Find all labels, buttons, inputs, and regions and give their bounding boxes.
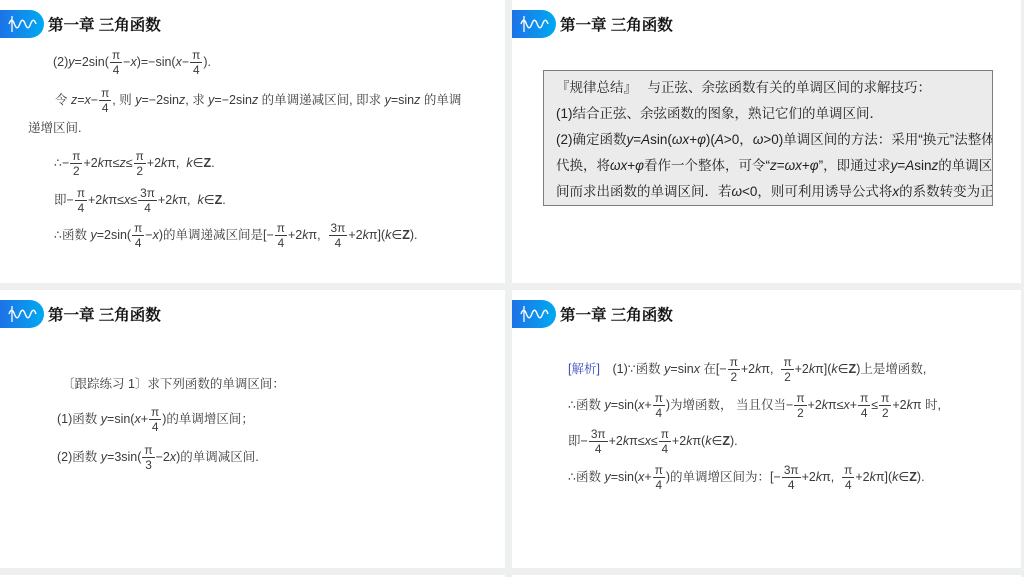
slide-page-3[interactable]: 第一章 三角函数 〔跟踪练习 1〕求下列函数的单调区间： (1)函数 y=sin… bbox=[0, 290, 505, 568]
math-line: 递增区间. bbox=[28, 110, 81, 146]
slide-header: 第一章 三角函数 bbox=[512, 300, 673, 328]
math-text: (1)∵函数 y=sinx 在[−π2+2kπ, π2+2kπ](k∈Z)上是增… bbox=[600, 362, 926, 376]
math-line: ∴函数 y=2sin(π4−x)的单调递减区间是[−π4+2kπ, 3π4+2k… bbox=[54, 217, 418, 253]
chapter-title: 第一章 三角函数 bbox=[560, 13, 673, 35]
rule-line: (1)结合正弦、余弦函数的图象，熟记它们的单调区间． bbox=[556, 101, 980, 127]
rule-line: 间而求出函数的单调区间．若ω<0，则可利用诱导公式将x的系数转变为正数． bbox=[556, 179, 980, 205]
math-line: ∴−π2+2kπ≤z≤π2+2kπ, k∈Z. bbox=[54, 145, 215, 181]
slide-header: 第一章 三角函数 bbox=[0, 10, 161, 38]
slide-header: 第一章 三角函数 bbox=[0, 300, 161, 328]
rule-line: (2)确定函数y=Asin(ωx+φ)(A>0，ω>0)单调区间的方法：采用“换… bbox=[556, 127, 980, 153]
sine-wave-icon bbox=[0, 300, 44, 328]
math-line: 〔跟踪练习 1〕求下列函数的单调区间： bbox=[62, 366, 285, 402]
chapter-title: 第一章 三角函数 bbox=[48, 13, 161, 35]
slide-grid: 第一章 三角函数 (2)y=2sin(π4−x)=−sin(x−π4). 令 z… bbox=[0, 0, 1024, 577]
math-line: (2)y=2sin(π4−x)=−sin(x−π4). bbox=[53, 44, 211, 80]
math-line: 即−3π4+2kπ≤x≤π4+2kπ(k∈Z). bbox=[568, 423, 738, 459]
rule-summary-box: 『规律总结』 与正弦、余弦函数有关的单调区间的求解技巧： (1)结合正弦、余弦函… bbox=[543, 70, 993, 206]
rule-line: 『规律总结』 与正弦、余弦函数有关的单调区间的求解技巧： bbox=[556, 75, 980, 101]
math-line: ∴函数 y=sin(x+π4)为增函数， 当且仅当−π2+2kπ≤x+π4≤π2… bbox=[568, 387, 941, 423]
math-line: ∴函数 y=sin(x+π4)的单调增区间为：[−3π4+2kπ, π4+2kπ… bbox=[568, 459, 925, 495]
slide-page-4[interactable]: 第一章 三角函数 [解析] (1)∵函数 y=sinx 在[−π2+2kπ, π… bbox=[512, 290, 1021, 568]
sine-wave-icon bbox=[0, 10, 44, 38]
rule-line: 代换，将ωx+φ看作一个整体，可令“z=ωx+φ”，即通过求y=Asinz的单调… bbox=[556, 153, 980, 179]
sine-wave-icon bbox=[512, 10, 556, 38]
sine-wave-icon bbox=[512, 300, 556, 328]
analysis-label: [解析] bbox=[568, 362, 600, 376]
math-line: (2)函数 y=3sin(π3−2x)的单调减区间. bbox=[57, 439, 259, 475]
chapter-title: 第一章 三角函数 bbox=[560, 303, 673, 325]
math-line: (1)函数 y=sin(x+π4)的单调增区间； bbox=[57, 401, 254, 437]
slide-page-1[interactable]: 第一章 三角函数 (2)y=2sin(π4−x)=−sin(x−π4). 令 z… bbox=[0, 0, 505, 283]
math-line: 即−π4+2kπ≤x≤3π4+2kπ, k∈Z. bbox=[54, 182, 226, 218]
math-line: 令 z=x−π4, 则 y=−2sinz, 求 y=−2sinz 的单调递减区间… bbox=[55, 82, 461, 118]
slide-page-2[interactable]: 第一章 三角函数 『规律总结』 与正弦、余弦函数有关的单调区间的求解技巧： (1… bbox=[512, 0, 1021, 283]
math-line: [解析] (1)∵函数 y=sinx 在[−π2+2kπ, π2+2kπ](k∈… bbox=[568, 351, 926, 387]
chapter-title: 第一章 三角函数 bbox=[48, 303, 161, 325]
slide-header: 第一章 三角函数 bbox=[512, 10, 673, 38]
